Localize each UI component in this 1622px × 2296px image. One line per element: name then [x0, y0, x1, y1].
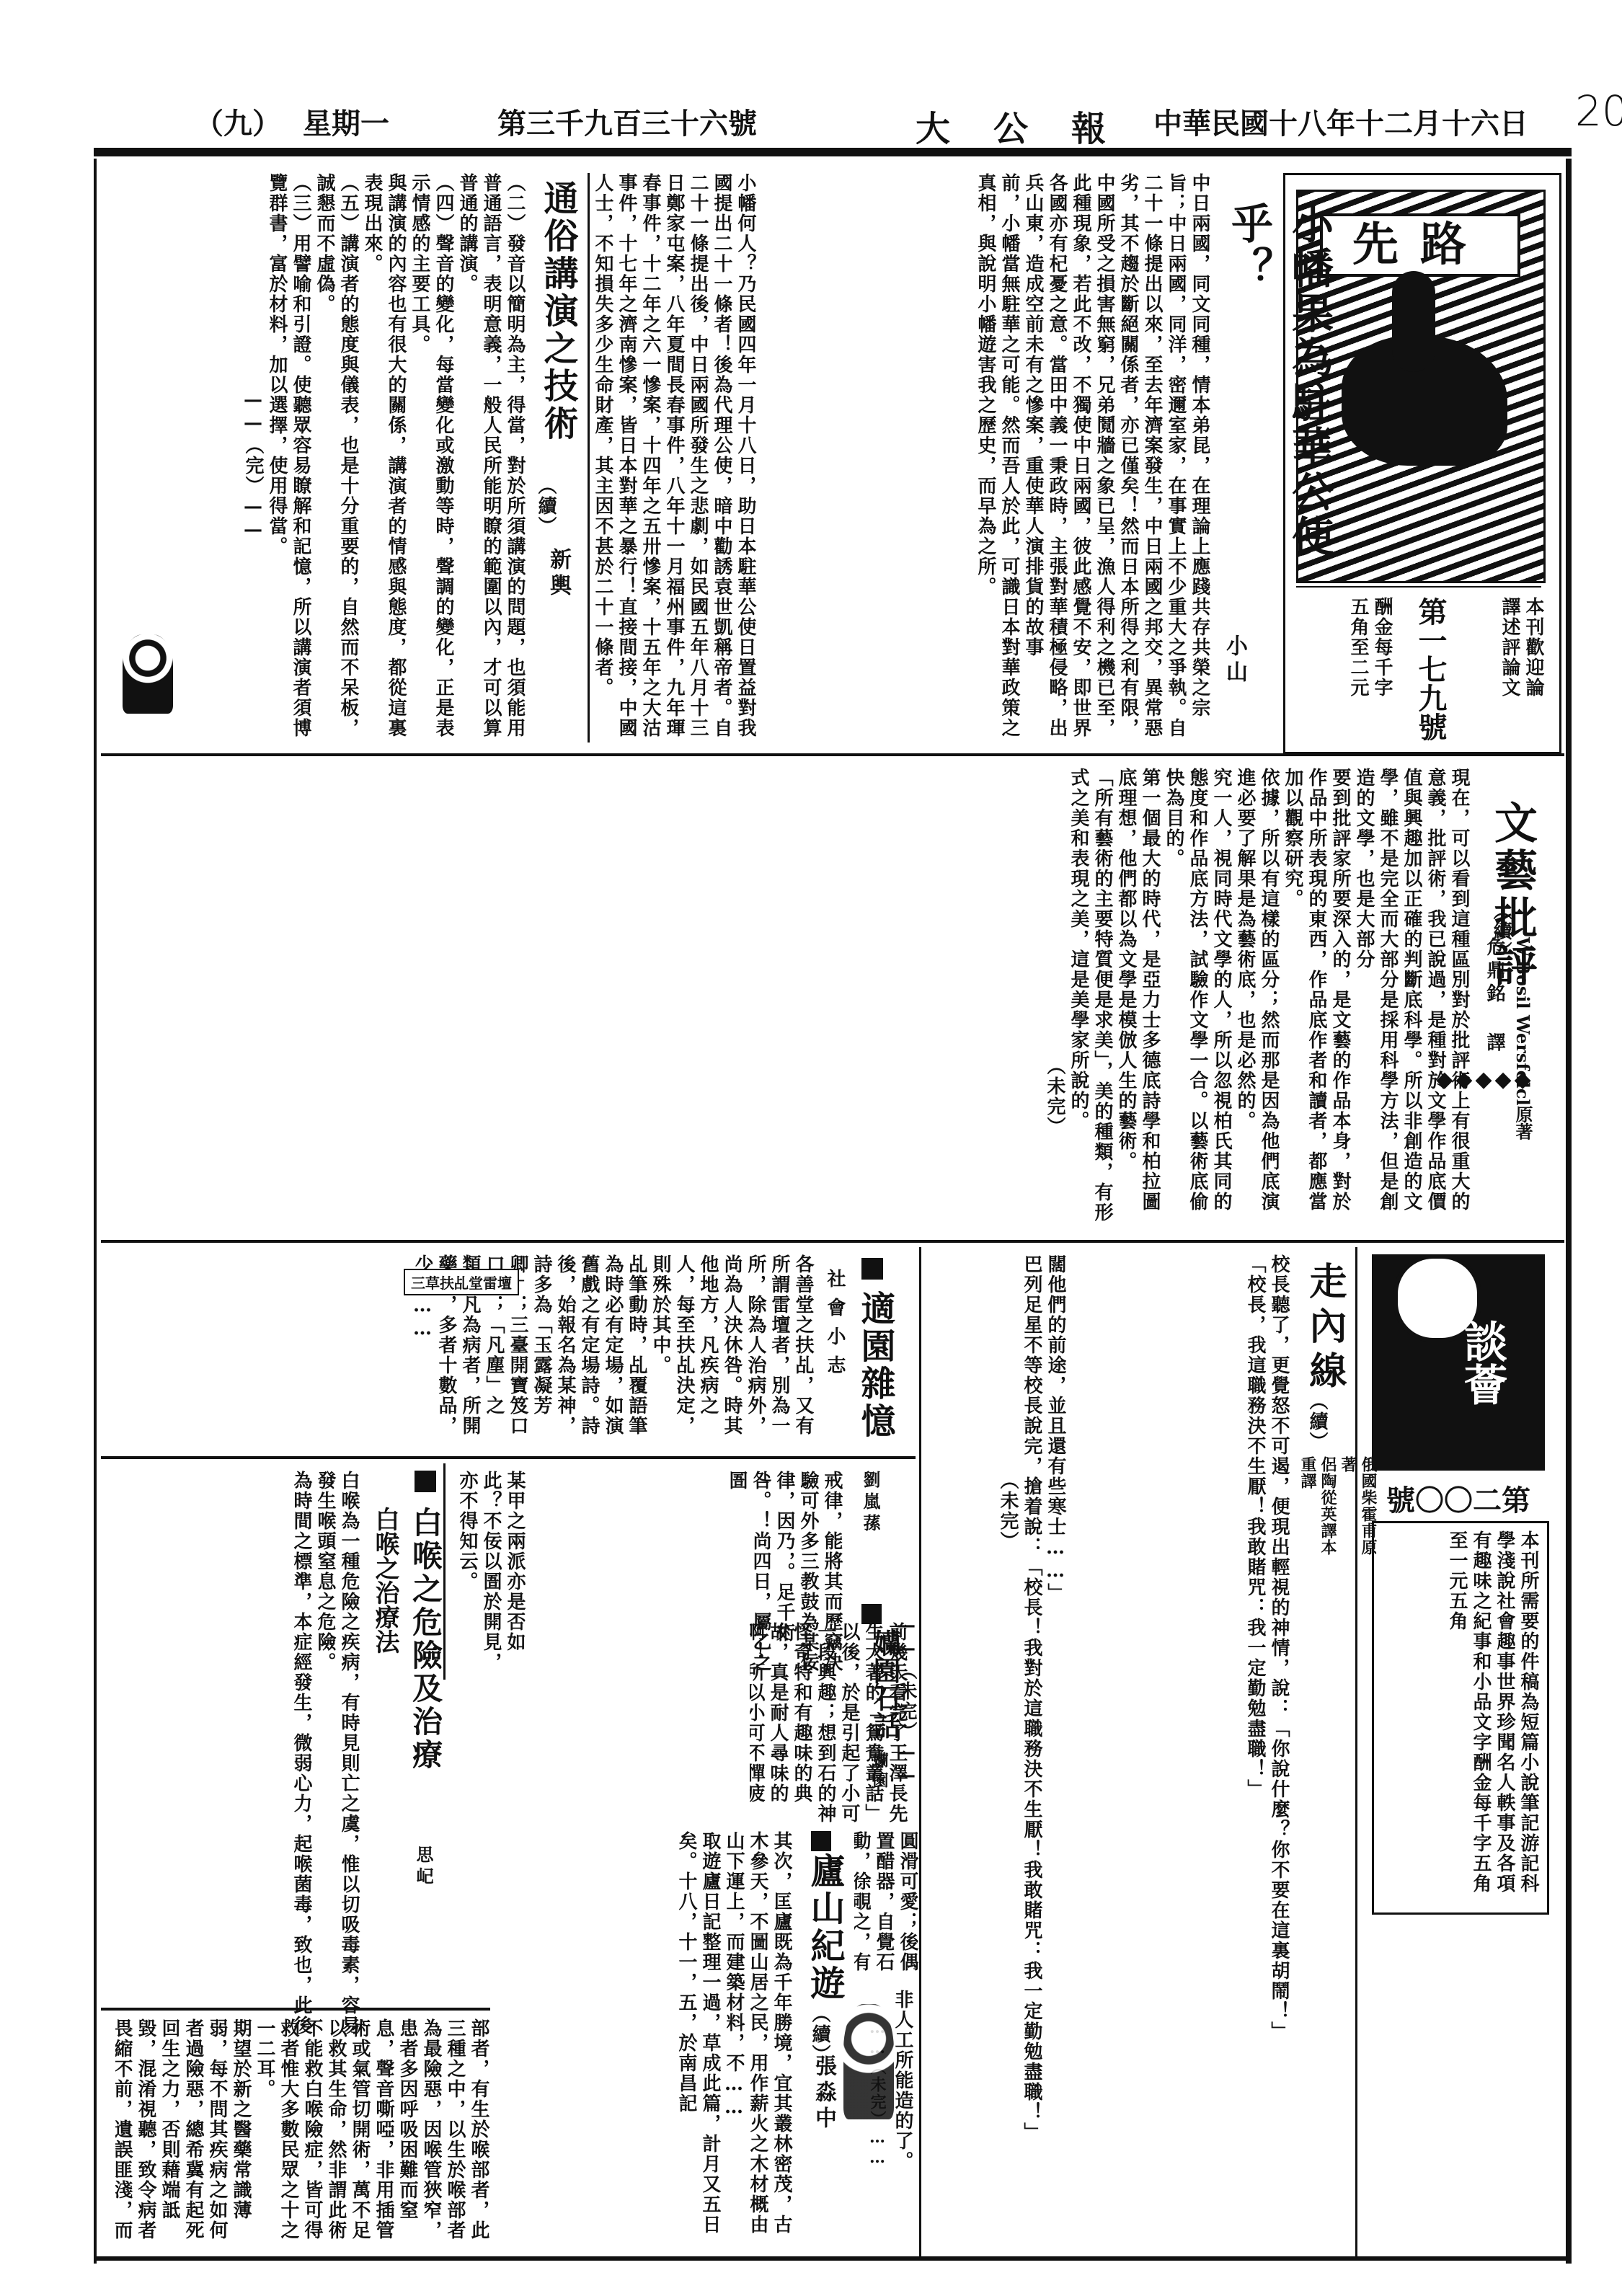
- paragraph: （三）用譬喻和引證。使聽眾容易瞭解和記憶，所以講演者須博覽群書，富於材料，加以選…: [265, 173, 312, 743]
- paragraph: 期望於新之醫藥常識薄弱，每不問其疾病之如何者過險惡，總希冀有起死回生之力，否則藉…: [115, 2018, 252, 2256]
- paragraph: 與講演的內容也有很大的關係，講演者的情感與態度，都從這裏表現出來。: [360, 173, 407, 743]
- paper-name: 大公報: [916, 101, 1149, 151]
- paragraph: 小幡何人？乃民國四年一月十八日，助日本駐華公使日置益對我國提出二十一條者！後為代…: [591, 173, 757, 743]
- paragraph: 依據，所以有這樣的區分；然而那是因為他們底演進必要了解果是為藝術底，也是必然的。: [1233, 768, 1280, 1229]
- xianlu-notice: 本刊歡迎論 譯述評論文: [1497, 597, 1545, 741]
- column-divider: [588, 173, 590, 743]
- paragraph: （二）發音以簡明為主，得當，對於所須講演的問題，也須能用普通語言，表明意義，一般…: [455, 173, 526, 743]
- paragraph: 為時間之標準，本症經發生，微弱心力，起喉菌毒，致也，此後: [289, 1471, 313, 2047]
- end-mark: ——（完）——: [241, 173, 265, 743]
- author-yanjiang: 新輿: [542, 548, 574, 600]
- article-body-xiaofan: 中日兩國，同文同種，情本弟昆，在理論上應踐共存共榮之宗旨；中日兩國，同洋，密邇室…: [764, 173, 1211, 743]
- paragraph: 究一人，視同時代文學的人，所以忽視柏氏其同的態度和作品底方法，試驗作文學一合。以…: [1161, 768, 1233, 1229]
- section-marker-icon: [861, 1604, 882, 1624]
- end-mark: ——（未完）——: [898, 1615, 918, 1788]
- xiaoshuo-illustration: 談薈: [1372, 1254, 1545, 1471]
- cont-mark: （續）: [533, 476, 557, 536]
- section-label-shihui: 社會小志: [822, 1269, 848, 1384]
- page-header: （九） 星期一 第三千九百三十六號 大公報 中華民國十八年十二月十六日: [195, 101, 1528, 144]
- paragraph: 部者，有生於喉部者，此三種之中，以生於喉部者為最險惡，因喉管狹窄，患者多因呼吸困…: [252, 2018, 490, 2256]
- payment-line: 五角至二元: [1347, 597, 1369, 698]
- article-body-yanjiang: （二）發音以簡明為主，得當，對於所須講演的問題，也須能用普通語言，表明意義，一般…: [115, 173, 526, 743]
- section-marker-icon: [861, 1258, 883, 1280]
- xianlu-payment: 酬金每千字 五角至二元: [1346, 597, 1393, 741]
- article-body-xiaofan-cont: 小幡何人？乃民國四年一月十八日，助日本駐華公使日置益對我國提出二十一條者！後為代…: [591, 173, 757, 743]
- cont-mark: （續）: [1305, 1391, 1329, 1452]
- rider-icon: [1392, 271, 1435, 372]
- section-rule: [101, 1456, 916, 1459]
- zouneixian-byline: 俄國柴霍甫原著 侶陶從英譯本重譯: [1298, 1456, 1378, 1557]
- article-title-shiyuan: 適園雜憶: [851, 1290, 900, 1593]
- paragraph: 「所有藝術的主要特質便是求美」，美的種類，有形式之美和表現之美，這是美學家所說的…: [1066, 768, 1114, 1229]
- paragraph: 闊他們的前途，並且還有些寒士……」: [1043, 1254, 1067, 2249]
- byline-line: 侶陶從英譯本重譯: [1298, 1456, 1337, 1556]
- notice-line: 本刊歡迎論: [1523, 597, 1544, 698]
- original-author: W.Bosil Wersfolcl原著: [1510, 937, 1535, 1140]
- article-body-lushan: 其次，匡廬既為千年勝境，宜其叢林密茂，古木參天，不圖山居之民，用作薪火之木材概由…: [505, 1831, 793, 2249]
- signoff: 取遊廬日記整理一過，草成此篇，計月又五日矣。十八，十一，五，於南昌記: [674, 1831, 722, 2249]
- paragraph: 第一個最大的時代，是亞力士多德底詩學和柏拉圖底理想，他們都以為文學是模倣人生的藝…: [1114, 768, 1161, 1229]
- paragraph: 現在，可以看到這種區別對於批評術上有很重大的意義，批評術，我已說過，是種對於文學…: [1352, 768, 1471, 1229]
- flower-vase-ornament-icon: [843, 2004, 894, 2119]
- notice-line: 譯述評論文: [1499, 597, 1520, 698]
- shihui-closing: 某甲之兩派亦是否如此？不佞以圄於開見，亦不得知云。: [447, 1471, 526, 1672]
- article-title-xiaofan: 小幡果為駐華公使乎？: [1218, 202, 1339, 562]
- xiaoshuo-issue: 第二〇〇號: [1372, 1478, 1545, 1519]
- end-mark: （未完）: [1042, 768, 1066, 1229]
- article-body-baihou-cont: 部者，有生於喉部者，此三種之中，以生於喉部者為最險惡，因喉管狹窄，患者多因呼吸困…: [115, 2018, 490, 2256]
- paragraph: 校長聽了，更覺怒不可遏，便現出輕視的神情，說：「你說什麼？你不要在這裏胡鬧！」: [1267, 1254, 1290, 2249]
- column-divider: [919, 1247, 921, 2256]
- vase-ornament-icon: [123, 634, 173, 714]
- xiaoshuo-notice: 本刊所需要的件稿為短篇小說筆記游記科學淺說社會趣事世界珍聞名人軼事及各項有趣味之…: [1372, 1521, 1549, 1915]
- paragraph: 要到批評家所要深入的，是文藝的作品本身，對於作品中所表現的東西，作品底作者和讀者…: [1280, 768, 1352, 1229]
- handwritten-page-number: 20: [1575, 87, 1622, 136]
- paragraph: 各善堂之扶乩，又有所謂雷壇者，別為一所，除為人治病外，尚為人決休咎。時其他地方，…: [648, 1254, 815, 1449]
- shihui-label: 三草扶乩堂雷壇: [404, 1269, 519, 1295]
- publication-date: 中華民國十八年十二月十六日: [1153, 101, 1528, 142]
- end-mark: （未完）: [996, 1254, 1019, 2249]
- byline-line: 俄國柴霍甫原著: [1339, 1456, 1378, 1556]
- weekday: 星期一: [303, 101, 389, 142]
- issue-number: 第三千九百三十六號: [497, 101, 757, 142]
- article-body-baihou: 白喉為一種危險之疾病，有時見則亡之虞，惟以切吸毒素，容易發生喉頭窒息之危險。 為…: [115, 1471, 360, 2047]
- section-rule: [101, 753, 1564, 756]
- paragraph: （四）聲音的變化，每當變化或激動等時，聲調的變化，正是表示情感的主要工具。: [407, 173, 455, 743]
- translator: 危鼎銘 譯: [1481, 937, 1508, 1055]
- article-body-zouneixian-cont: 闊他們的前途，並且還有些寒士……」 巴列足星不等校長說完，搶着說：「校長！我對於…: [923, 1254, 1067, 2249]
- paragraph: 「校長，我這職務決不生厭！我敢賭咒：我一定勤勉盡職！」: [1243, 1254, 1267, 2249]
- section-marker-icon: [415, 1471, 436, 1492]
- section-marker-icon: [811, 1831, 831, 1851]
- author-baihou: 思屺: [411, 1845, 436, 1889]
- bottom-rule: [94, 2256, 1572, 2261]
- author-xiaofan: 小山: [1218, 634, 1250, 686]
- paragraph: 巴列足星不等校長說完，搶着說：「校長！我對於這職務決不生厭！我敢賭咒：我一定勤勉…: [1019, 1254, 1043, 2249]
- left-frame: [94, 159, 97, 2264]
- paragraph: 前，小幡當無駐華之可能。然而吾人於此，可識日本對華政策之真相，與說明小幡遊害我之…: [973, 173, 1021, 743]
- page-number: （九）: [195, 101, 281, 142]
- article-title-yanjiang: 通俗講演之技術: [533, 180, 583, 483]
- paragraph: （五）講演者的態度與儀表，也是十分重要的，自然而不呆板，誠懇而不虛偽。: [312, 173, 360, 743]
- subtitle-baihou: 白喉之治療法: [368, 1507, 403, 1654]
- diamond-ornament-icon: ◆◆◆◆◆: [1413, 1067, 1557, 1092]
- paragraph: 白喉為一種危險之疾病，有時見則亡之虞，惟以切吸毒素，容易發生喉頭窒息之危險。: [313, 1471, 360, 2047]
- article-body-zouneixian: 校長聽了，更覺怒不可遏，便現出輕視的神情，說：「你說什麼？你不要在這裏胡鬧！」 …: [1074, 1254, 1290, 2249]
- paragraph: 中日兩國，同文同種，情本弟昆，在理論上應踐共存共榮之宗旨；中日兩國，同洋，密邇室…: [1021, 173, 1211, 743]
- paragraph: 其次，匡廬既為千年勝境，宜其叢林密茂，古木參天，不圖山居之民，用作薪火之木材概由…: [722, 1831, 793, 2249]
- article-body-wenyi: 現在，可以看到這種區別對於批評術上有很重大的意義，批評術，我已說過，是種對於文學…: [115, 768, 1471, 1229]
- xiaoshuo-sub-title: 談薈: [1451, 1319, 1513, 1406]
- xiaoshuo-masthead: 談薈 第二〇〇號 本刊所需要的件稿為短篇小說筆記游記科學淺說社會趣事世界珍聞名人…: [1355, 1247, 1559, 2256]
- divider: [1296, 586, 1541, 588]
- author-shiyuan: 劉嵐蓀: [858, 1471, 883, 1535]
- right-frame: [1566, 159, 1572, 2264]
- xianlu-issue: 第一七九號: [1410, 597, 1451, 741]
- article-title-zouneixian: 走內線: [1298, 1262, 1352, 1396]
- xianlu-title: 先路: [1320, 213, 1520, 277]
- header-rule: [94, 148, 1572, 156]
- article-body-lanyuan-cont: 圓滑可愛；後偶置醋器，自覺石動，徐覗之，有足如蜒，舉之，足亦隨縮。又郡國志：「梁…: [854, 1831, 919, 1975]
- author-lanyuan: 孏園: [869, 1752, 891, 1792]
- author-lushan: 張淼中: [807, 2055, 839, 2132]
- section-rule: [101, 1240, 1564, 1243]
- payment-line: 酬金每千字: [1371, 597, 1393, 698]
- section-rule: [101, 2008, 490, 2011]
